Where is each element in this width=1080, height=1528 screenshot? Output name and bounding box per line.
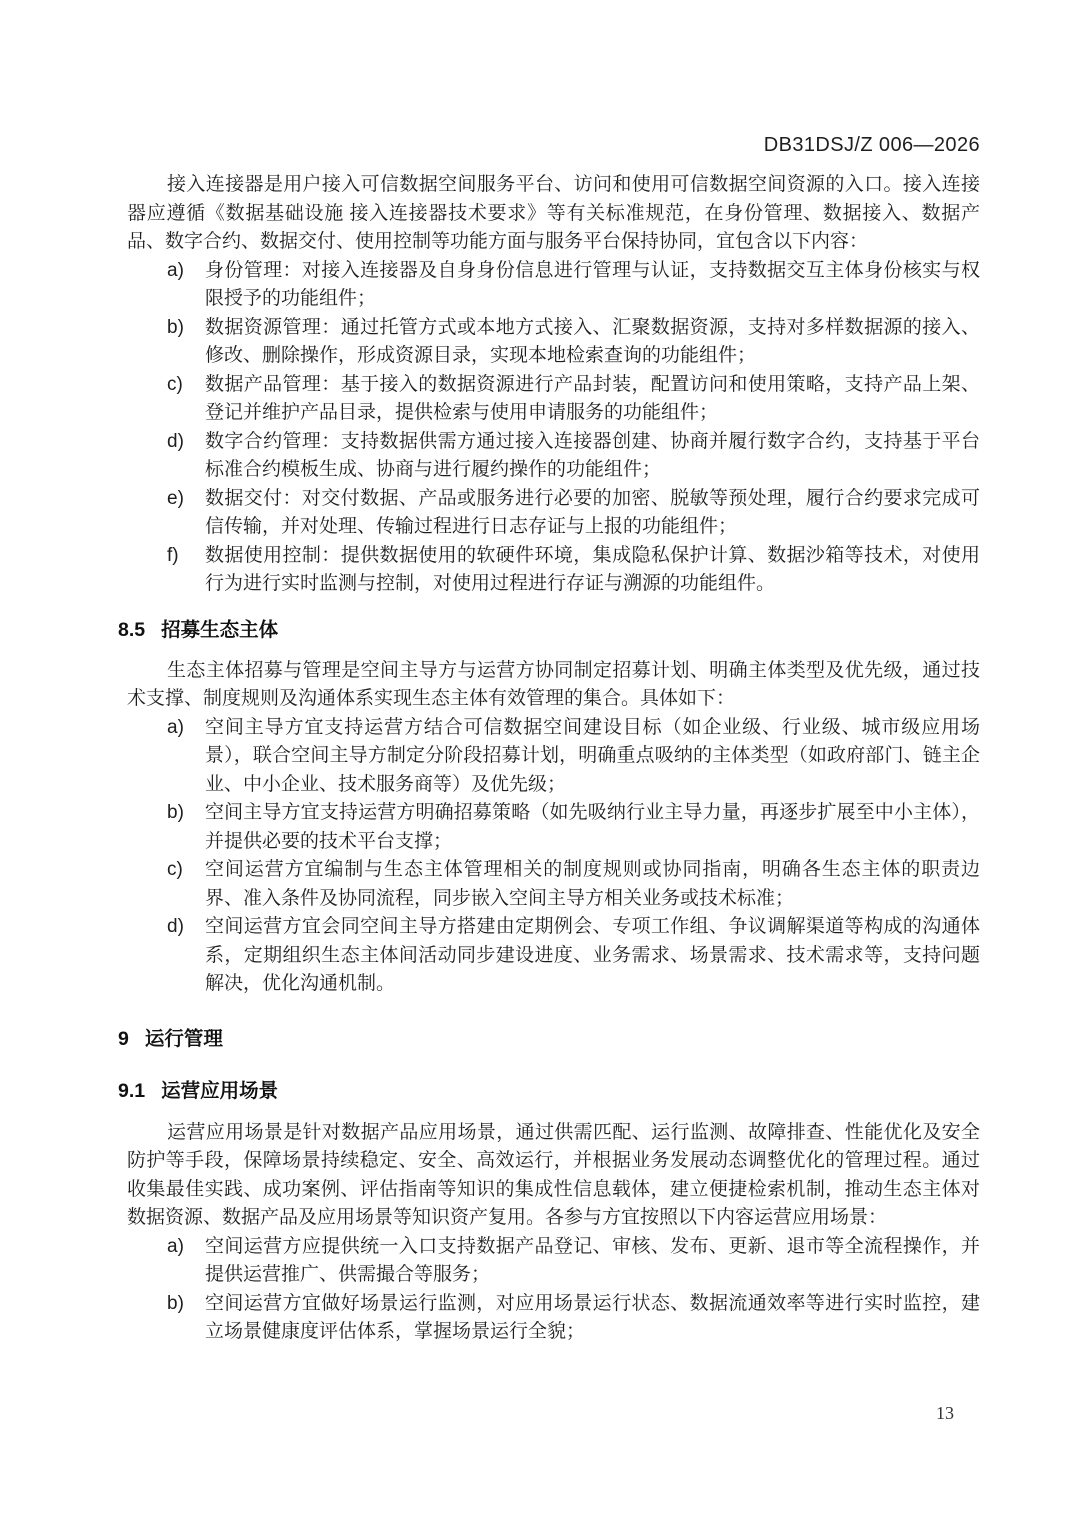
item-label: b) [167,1290,205,1347]
list-item: f) 数据使用控制：提供数据使用的软硬件环境，集成隐私保护计算、数据沙箱等技术，… [127,542,980,599]
item-label: a) [167,1233,205,1290]
paragraph-section-8-5: 生态主体招募与管理是空间主导方与运营方协同制定招募计划、明确主体类型及优先级，通… [127,657,980,714]
page-content: 接入连接器是用户接入可信数据空间服务平台、访问和使用可信数据空间资源的入口。接入… [127,171,980,1347]
list-item: c) 数据产品管理：基于接入的数据资源进行产品封装，配置访问和使用策略，支持产品… [127,371,980,428]
item-text: 空间运营方宜做好场景运行监测，对应用场景运行状态、数据流通效率等进行实时监控，建… [205,1290,980,1347]
section-heading-9-1: 9.1 运营应用场景 [118,1078,980,1105]
item-label: c) [167,856,205,913]
list-item: c) 空间运营方宜编制与生态主体管理相关的制度规则或协同指南，明确各生态主体的职… [127,856,980,913]
section-heading-8-5: 8.5 招募生态主体 [118,617,980,644]
document-page: DB31DSJ/Z 006—2026 接入连接器是用户接入可信数据空间服务平台、… [0,0,1080,1528]
list-item: d) 数字合约管理：支持数据供需方通过接入连接器创建、协商并履行数字合约，支持基… [127,428,980,485]
section-number: 8.5 [118,617,145,644]
item-text: 空间运营方宜编制与生态主体管理相关的制度规则或协同指南，明确各生态主体的职责边界… [205,856,980,913]
item-text: 数据产品管理：基于接入的数据资源进行产品封装，配置访问和使用策略，支持产品上架、… [205,371,980,428]
recruit-list: a) 空间主导方宜支持运营方结合可信数据空间建设目标（如企业级、行业级、城市级应… [127,714,980,999]
item-text: 空间主导方宜支持运营方结合可信数据空间建设目标（如企业级、行业级、城市级应用场景… [205,714,980,800]
item-label: e) [167,485,205,542]
list-item: a) 空间主导方宜支持运营方结合可信数据空间建设目标（如企业级、行业级、城市级应… [127,714,980,800]
list-item: b) 数据资源管理：通过托管方式或本地方式接入、汇聚数据资源，支持对多样数据源的… [127,314,980,371]
item-label: d) [167,428,205,485]
list-item: a) 空间运营方应提供统一入口支持数据产品登记、审核、发布、更新、退市等全流程操… [127,1233,980,1290]
section-number: 9 [118,1026,129,1053]
section-title: 运行管理 [145,1026,223,1053]
section-title: 运营应用场景 [161,1078,278,1105]
item-text: 空间主导方宜支持运营方明确招募策略（如先吸纳行业主导力量，再逐步扩展至中小主体）… [205,799,980,856]
list-item: d) 空间运营方宜会同空间主导方搭建由定期例会、专项工作组、争议调解渠道等构成的… [127,913,980,999]
section-title: 招募生态主体 [161,617,278,644]
paragraph-connector-intro: 接入连接器是用户接入可信数据空间服务平台、访问和使用可信数据空间资源的入口。接入… [127,171,980,257]
list-item: b) 空间运营方宜做好场景运行监测，对应用场景运行状态、数据流通效率等进行实时监… [127,1290,980,1347]
section-number: 9.1 [118,1078,145,1105]
item-text: 空间运营方宜会同空间主导方搭建由定期例会、专项工作组、争议调解渠道等构成的沟通体… [205,913,980,999]
doc-code-header: DB31DSJ/Z 006—2026 [764,131,980,160]
operation-list: a) 空间运营方应提供统一入口支持数据产品登记、审核、发布、更新、退市等全流程操… [127,1233,980,1347]
paragraph-section-9-1: 运营应用场景是针对数据产品应用场景，通过供需匹配、运行监测、故障排查、性能优化及… [127,1119,980,1233]
section-heading-9: 9 运行管理 [118,1026,980,1053]
item-label: f) [167,542,205,599]
item-label: b) [167,314,205,371]
list-item: b) 空间主导方宜支持运营方明确招募策略（如先吸纳行业主导力量，再逐步扩展至中小… [127,799,980,856]
item-label: a) [167,714,205,800]
item-label: d) [167,913,205,999]
list-item: a) 身份管理：对接入连接器及自身身份信息进行管理与认证，支持数据交互主体身份核… [127,257,980,314]
item-text: 空间运营方应提供统一入口支持数据产品登记、审核、发布、更新、退市等全流程操作，并… [205,1233,980,1290]
item-text: 数据使用控制：提供数据使用的软硬件环境，集成隐私保护计算、数据沙箱等技术，对使用… [205,542,980,599]
page-number: 13 [936,1399,954,1428]
list-item: e) 数据交付：对交付数据、产品或服务进行必要的加密、脱敏等预处理，履行合约要求… [127,485,980,542]
item-text: 数据资源管理：通过托管方式或本地方式接入、汇聚数据资源，支持对多样数据源的接入、… [205,314,980,371]
item-text: 数据交付：对交付数据、产品或服务进行必要的加密、脱敏等预处理，履行合约要求完成可… [205,485,980,542]
item-label: b) [167,799,205,856]
item-label: a) [167,257,205,314]
item-text: 身份管理：对接入连接器及自身身份信息进行管理与认证，支持数据交互主体身份核实与权… [205,257,980,314]
item-text: 数字合约管理：支持数据供需方通过接入连接器创建、协商并履行数字合约，支持基于平台… [205,428,980,485]
connector-list: a) 身份管理：对接入连接器及自身身份信息进行管理与认证，支持数据交互主体身份核… [127,257,980,599]
item-label: c) [167,371,205,428]
